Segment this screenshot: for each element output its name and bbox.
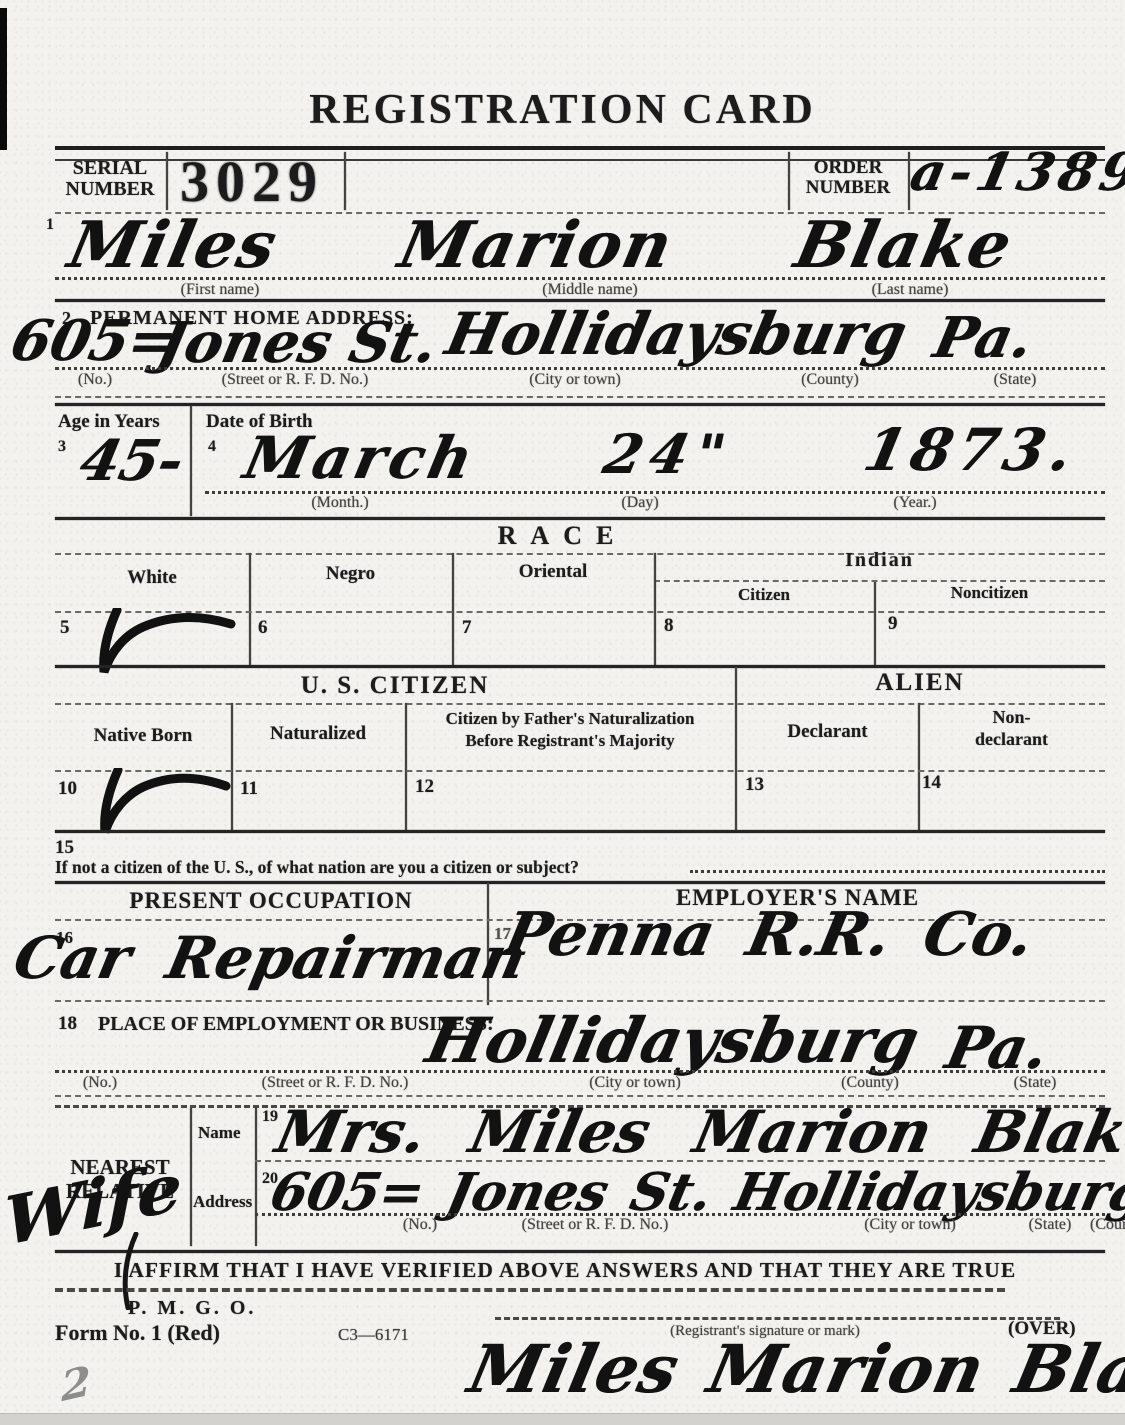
rule-address-bottom-b [55, 403, 1105, 406]
race-col-white: White [55, 567, 249, 589]
citizen-col-naturalized: Naturalized [231, 723, 405, 745]
dob-month-value: March [238, 424, 482, 492]
print-code: C3—6171 [338, 1325, 409, 1345]
citizen-alien-divider [735, 667, 737, 831]
pencil-page-number: 2 [60, 1356, 92, 1411]
order-number-value: a-1389 [905, 142, 1125, 203]
serial-cell-divider-left [166, 152, 168, 210]
order-number-label: ORDER NUMBER [790, 158, 906, 198]
race-col-indian-noncitizen: Noncitizen [874, 583, 1105, 603]
age-dob-divider [190, 406, 192, 516]
dob-label-year: (Year.) [860, 494, 970, 512]
race-title: RACE [0, 521, 1125, 551]
employment-label-state: (State) [970, 1074, 1100, 1092]
relative-div-2 [255, 1108, 257, 1246]
rule-under-citizen [55, 830, 1105, 833]
middle-name-label: (Middle name) [490, 281, 690, 299]
race-col-oriental: Oriental [452, 561, 654, 583]
address-state-value: Pa. [928, 305, 1038, 371]
citizen-cell-13: 13 [745, 774, 764, 796]
employment-label-city: (City or town) [550, 1074, 720, 1092]
citizen-table-top [55, 703, 1105, 705]
address-baseline [55, 367, 1105, 370]
citizen-div-2 [405, 703, 407, 831]
rule-address-bottom-a [55, 396, 1105, 398]
signature-line [495, 1317, 1060, 1320]
employment-city-value: Hollidaysburg [420, 1004, 925, 1077]
order-label-line2: NUMBER [790, 178, 906, 198]
serial-label-line1: SERIAL [55, 158, 165, 179]
rule-under-affirmation [55, 1288, 1005, 1292]
rule-under-age-row [55, 517, 1105, 520]
relative-div-1 [190, 1108, 192, 1246]
relative-name-number: 19 [262, 1108, 278, 1126]
rule-under-nation [55, 881, 1105, 884]
registration-card-scan: REGISTRATION CARD SERIAL NUMBER 3029 ORD… [0, 0, 1125, 1425]
race-cell-7: 7 [462, 617, 472, 639]
race-cell-6: 6 [258, 617, 268, 639]
race-div-1 [249, 553, 251, 665]
alien-col-declarant: Declarant [737, 721, 918, 743]
rule-under-race [55, 665, 1105, 668]
alien-col-nondeclarant: Non- declarant [918, 706, 1105, 750]
occupation-title: PRESENT OCCUPATION [55, 888, 487, 914]
alien-title: ALIEN [735, 669, 1105, 697]
alien-col-nondeclarant-line1: Non- [918, 706, 1105, 728]
employer-value: Penna R.R. Co. [498, 900, 1040, 970]
relative-name-label: Name [198, 1123, 240, 1143]
rule-under-relative [55, 1250, 1105, 1253]
employment-label-street: (Street or R. F. D. No.) [210, 1074, 460, 1092]
citizen-cell-12: 12 [415, 776, 434, 798]
race-div-3 [654, 553, 656, 665]
relative-label-city: (City or town) [830, 1216, 990, 1234]
pmgo-text: P. M. G. O. [128, 1297, 256, 1320]
citizen-col-father-line2: Before Registrant's Majority [405, 730, 735, 752]
race-cell-9: 9 [888, 613, 898, 635]
rule-employment-a [55, 1095, 1105, 1097]
serial-number-value: 3029 [180, 148, 324, 215]
address-label-street: (Street or R. F. D. No.) [170, 371, 420, 389]
dob-label-day: (Day) [590, 494, 690, 512]
check-mark-native-born [88, 768, 238, 834]
nation-row-number: 15 [55, 837, 74, 859]
alien-col-nondeclarant-line2: declarant [918, 728, 1105, 750]
address-label-state: (State) [950, 371, 1080, 389]
citizen-cell-14: 14 [922, 772, 941, 794]
occupation-baseline [55, 1000, 1105, 1002]
race-indian-subrule [654, 580, 1105, 582]
scan-bottom-edge-artifact [0, 1413, 1125, 1425]
address-label-no: (No.) [50, 371, 140, 389]
dob-day-value: 24" [598, 422, 739, 486]
form-number-text: Form No. 1 (Red) [55, 1320, 220, 1346]
us-citizen-title: U. S. CITIZEN [55, 672, 735, 700]
last-name-label: (Last name) [820, 281, 1000, 299]
employment-label-county: (County) [800, 1074, 940, 1092]
address-label-city: (City or town) [490, 371, 660, 389]
race-cell-5: 5 [60, 617, 70, 639]
relative-name-value: Mrs. Miles Marion Blake [270, 1098, 1125, 1166]
citizen-col-father: Citizen by Father's Naturalization Befor… [405, 708, 735, 752]
citizen-div-3 [918, 703, 920, 831]
relative-label-street: (Street or R. F. D. No.) [470, 1216, 720, 1234]
relative-label-state: (State) [990, 1216, 1110, 1234]
serial-label-line2: NUMBER [55, 179, 165, 200]
relative-label-no: (No.) [380, 1216, 460, 1234]
race-div-2 [452, 553, 454, 665]
occupation-value: Car Repairman [8, 924, 532, 992]
race-col-negro: Negro [249, 563, 452, 585]
address-label-county: (County) [760, 371, 900, 389]
dob-label-month: (Month.) [280, 494, 400, 512]
nation-question: If not a citizen of the U. S., of what n… [55, 857, 579, 878]
first-name-label: (First name) [130, 281, 310, 299]
citizen-cell-10: 10 [58, 778, 77, 800]
page-title: REGISTRATION CARD [0, 86, 1125, 134]
citizen-cell-11: 11 [240, 778, 258, 800]
name-baseline [55, 277, 1105, 280]
race-cell-8: 8 [664, 615, 674, 637]
employment-label-no: (No.) [55, 1074, 145, 1092]
age-value: 45- [74, 428, 189, 494]
serial-cell-divider-right [344, 152, 346, 210]
relative-address-label: Address [193, 1192, 252, 1212]
order-label-line1: ORDER [790, 158, 906, 178]
dob-cell-number: 4 [208, 438, 216, 456]
serial-number-label: SERIAL NUMBER [55, 158, 165, 200]
name-value: Miles Marion Blake [62, 208, 1019, 283]
employment-row-number: 18 [58, 1013, 77, 1035]
affirmation-text: I AFFIRM THAT I HAVE VERIFIED ABOVE ANSW… [80, 1258, 1050, 1283]
address-city-value: Hollidaysburg [440, 300, 912, 368]
race-col-indian-citizen: Citizen [654, 585, 874, 605]
race-div-4 [874, 582, 876, 665]
name-row-number: 1 [46, 216, 54, 234]
relative-relation-value: Wife [4, 1148, 181, 1262]
nation-answer-leader [690, 870, 1105, 873]
employment-baseline [55, 1070, 1105, 1073]
age-cell-number: 3 [58, 438, 66, 456]
citizen-col-native-born: Native Born [55, 725, 231, 747]
registrant-signature: Miles Marion Blake [462, 1330, 1125, 1408]
citizen-col-father-line1: Citizen by Father's Naturalization [405, 708, 735, 730]
race-col-indian: Indian [654, 549, 1105, 572]
dob-year-value: 1873. [858, 416, 1084, 484]
